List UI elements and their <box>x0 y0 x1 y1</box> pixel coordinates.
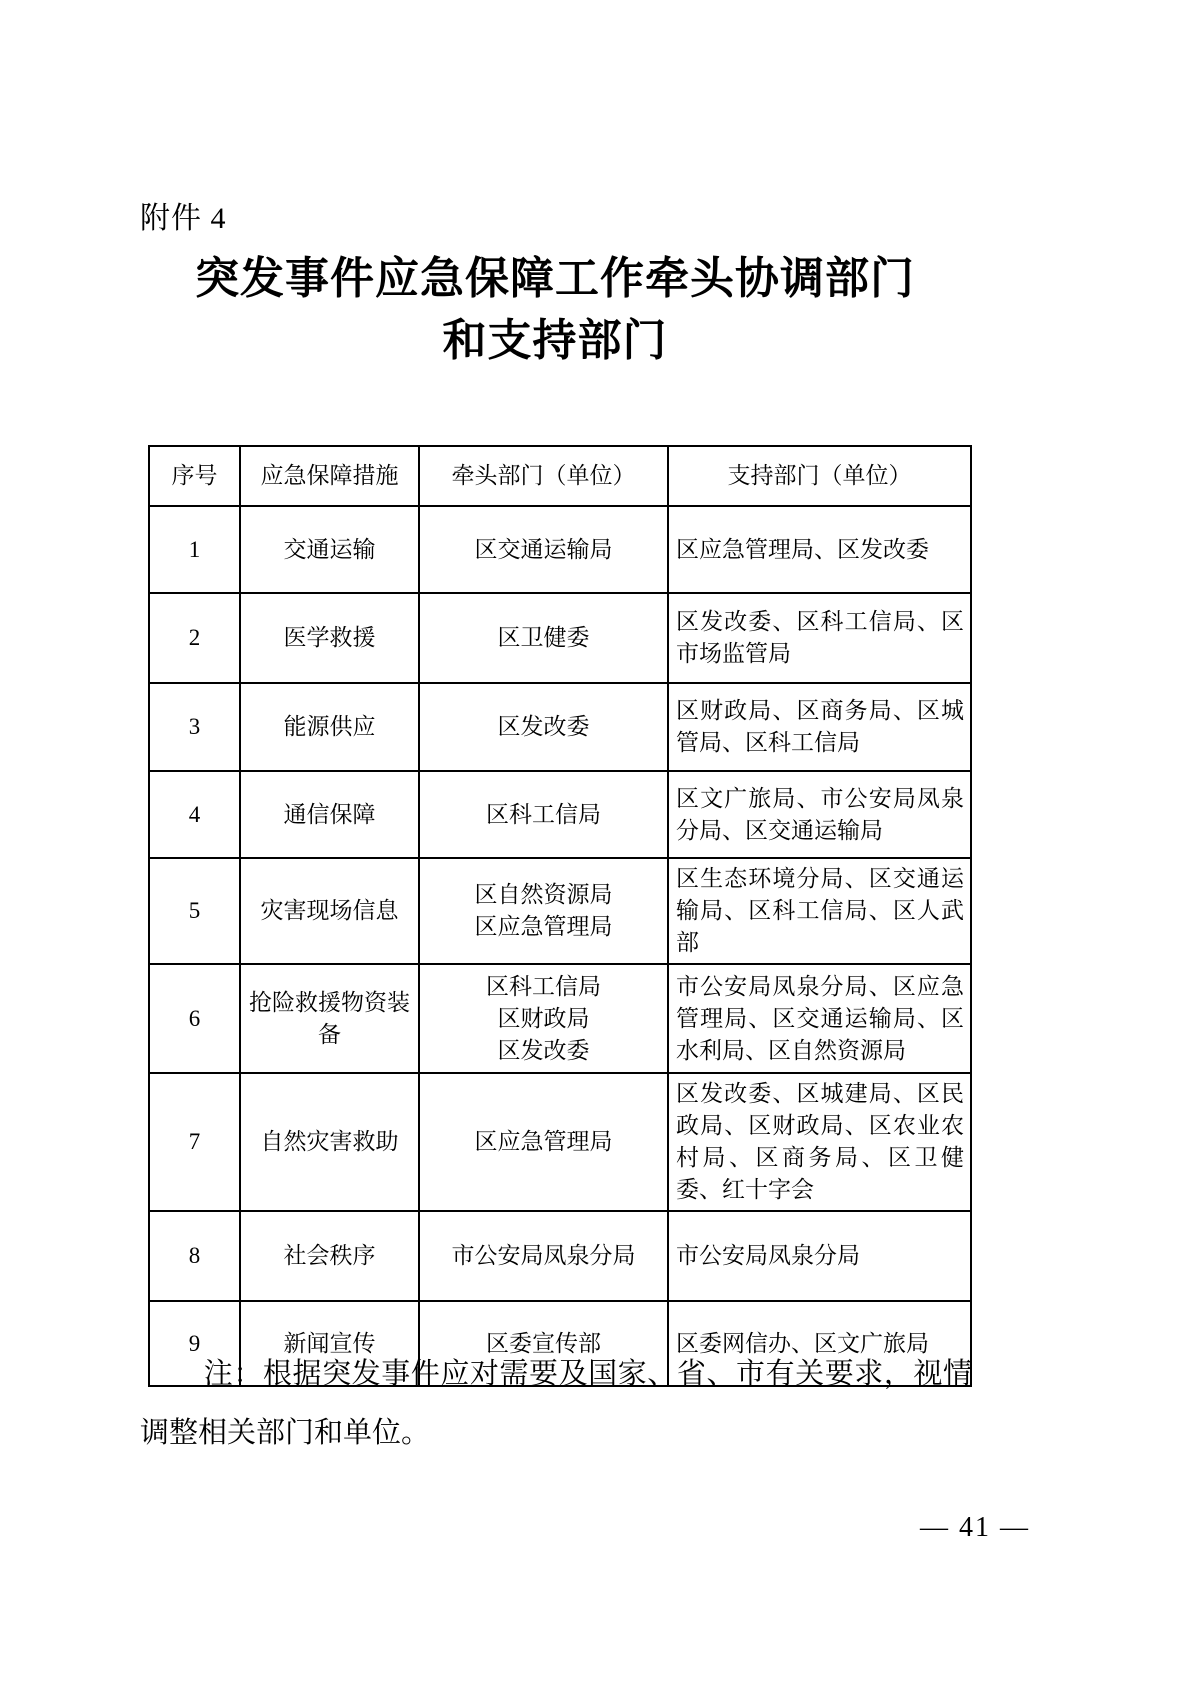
cell-support-department: 市公安局凤泉分局、区应急管理局、区交通运输局、区水利局、区自然资源局 <box>668 964 971 1073</box>
cell-lead-department: 区卫健委 <box>419 593 668 683</box>
cell-index: 7 <box>149 1073 240 1211</box>
cell-measure: 灾害现场信息 <box>240 858 419 964</box>
cell-support-department: 区应急管理局、区发改委 <box>668 506 971 593</box>
cell-measure: 自然灾害救助 <box>240 1073 419 1211</box>
table-row: 8 社会秩序 市公安局凤泉分局 市公安局凤泉分局 <box>149 1211 971 1301</box>
table-row: 4 通信保障 区科工信局 区文广旅局、市公安局凤泉分局、区交通运输局 <box>149 771 971 858</box>
note: 注：根据突发事件应对需要及国家、省、市有关要求，视情调整相关部门和单位。 <box>140 1345 972 1463</box>
table-row: 5 灾害现场信息 区自然资源局 区应急管理局 区生态环境分局、区交通运输局、区科… <box>149 858 971 964</box>
cell-lead-department: 市公安局凤泉分局 <box>419 1211 668 1301</box>
header-lead-department: 牵头部门（单位） <box>419 446 668 506</box>
title-line-1: 突发事件应急保障工作牵头协调部门 <box>195 254 915 303</box>
table-header-row: 序号 应急保障措施 牵头部门（单位） 支持部门（单位） <box>149 446 971 506</box>
page-number: — 41 — <box>920 1512 1030 1544</box>
responsibility-table: 序号 应急保障措施 牵头部门（单位） 支持部门（单位） 1 交通运输 区交通运输… <box>148 445 972 1387</box>
header-support-department: 支持部门（单位） <box>668 446 971 506</box>
document-page: 附件 4 突发事件应急保障工作牵头协调部门 和支持部门 序号 应急保障措施 牵头… <box>0 0 1190 1683</box>
table-row: 1 交通运输 区交通运输局 区应急管理局、区发改委 <box>149 506 971 593</box>
cell-index: 3 <box>149 683 240 771</box>
cell-index: 2 <box>149 593 240 683</box>
attachment-label: 附件 4 <box>140 193 227 237</box>
cell-lead-department: 区自然资源局 区应急管理局 <box>419 858 668 964</box>
cell-index: 5 <box>149 858 240 964</box>
cell-support-department: 区生态环境分局、区交通运输局、区科工信局、区人武部 <box>668 858 971 964</box>
table-row: 3 能源供应 区发改委 区财政局、区商务局、区城管局、区科工信局 <box>149 683 971 771</box>
cell-support-department: 区财政局、区商务局、区城管局、区科工信局 <box>668 683 971 771</box>
header-measure: 应急保障措施 <box>240 446 419 506</box>
document-title: 突发事件应急保障工作牵头协调部门 和支持部门 <box>140 248 970 372</box>
header-index: 序号 <box>149 446 240 506</box>
cell-index: 1 <box>149 506 240 593</box>
cell-support-department: 区发改委、区城建局、区民政局、区财政局、区农业农村局、区商务局、区卫健委、红十字… <box>668 1073 971 1211</box>
cell-index: 4 <box>149 771 240 858</box>
table-row: 2 医学救援 区卫健委 区发改委、区科工信局、区市场监管局 <box>149 593 971 683</box>
cell-measure: 社会秩序 <box>240 1211 419 1301</box>
table-row: 6 抢险救援物资装备 区科工信局 区财政局 区发改委 市公安局凤泉分局、区应急管… <box>149 964 971 1073</box>
cell-lead-department: 区发改委 <box>419 683 668 771</box>
table-row: 7 自然灾害救助 区应急管理局 区发改委、区城建局、区民政局、区财政局、区农业农… <box>149 1073 971 1211</box>
cell-index: 8 <box>149 1211 240 1301</box>
cell-support-department: 市公安局凤泉分局 <box>668 1211 971 1301</box>
cell-measure: 通信保障 <box>240 771 419 858</box>
cell-support-department: 区文广旅局、市公安局凤泉分局、区交通运输局 <box>668 771 971 858</box>
cell-lead-department: 区应急管理局 <box>419 1073 668 1211</box>
cell-support-department: 区发改委、区科工信局、区市场监管局 <box>668 593 971 683</box>
cell-measure: 能源供应 <box>240 683 419 771</box>
cell-measure: 抢险救援物资装备 <box>240 964 419 1073</box>
cell-lead-department: 区科工信局 区财政局 区发改委 <box>419 964 668 1073</box>
cell-lead-department: 区科工信局 <box>419 771 668 858</box>
cell-measure: 医学救援 <box>240 593 419 683</box>
cell-index: 6 <box>149 964 240 1073</box>
title-line-2: 和支持部门 <box>443 316 668 365</box>
cell-lead-department: 区交通运输局 <box>419 506 668 593</box>
table-body: 1 交通运输 区交通运输局 区应急管理局、区发改委 2 医学救援 区卫健委 区发… <box>149 506 971 1386</box>
cell-measure: 交通运输 <box>240 506 419 593</box>
